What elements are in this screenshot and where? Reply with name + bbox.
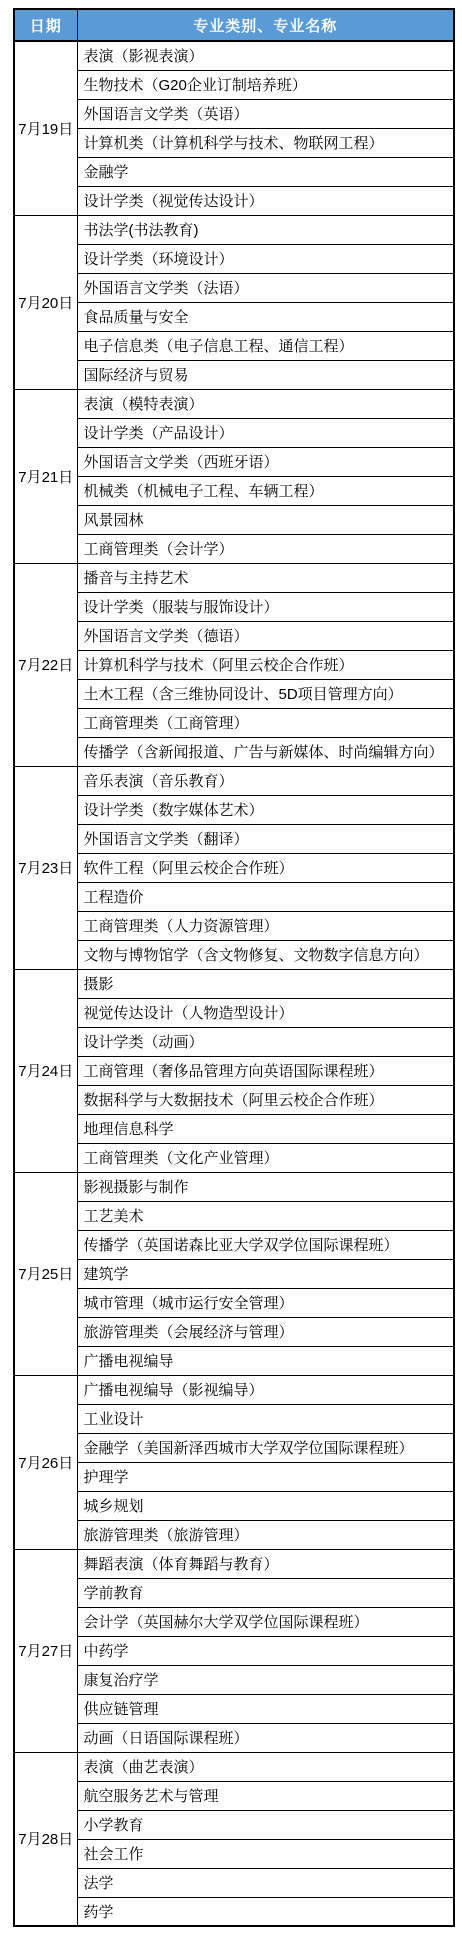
major-cell: 表演（曲艺表演）: [77, 1752, 454, 1781]
table-row: 外国语言文学类（英语）: [14, 99, 454, 128]
major-cell: 工商管理类（人力资源管理）: [77, 911, 454, 940]
table-row: 地理信息科学: [14, 1114, 454, 1143]
major-cell: 表演（模特表演）: [77, 389, 454, 418]
major-cell: 工程造价: [77, 882, 454, 911]
table-row: 7月19日表演（影视表演）: [14, 41, 454, 70]
table-row: 传播学（含新闻报道、广告与新媒体、时尚编辑方向）: [14, 737, 454, 766]
major-cell: 计算机类（计算机科学与技术、物联网工程）: [77, 128, 454, 157]
major-cell: 播音与主持艺术: [77, 563, 454, 592]
major-cell: 外国语言文学类（英语）: [77, 99, 454, 128]
table-row: 中药学: [14, 1636, 454, 1665]
major-cell: 设计学类（动画）: [77, 1027, 454, 1056]
table-row: 外国语言文学类（法语）: [14, 273, 454, 302]
date-cell: 7月22日: [14, 563, 77, 766]
major-cell: 社会工作: [77, 1839, 454, 1868]
table-row: 航空服务艺术与管理: [14, 1781, 454, 1810]
major-cell: 书法学(书法教育): [77, 215, 454, 244]
major-cell: 航空服务艺术与管理: [77, 1781, 454, 1810]
major-cell: 学前教育: [77, 1578, 454, 1607]
major-cell: 设计学类（数字媒体艺术）: [77, 795, 454, 824]
date-cell: 7月26日: [14, 1375, 77, 1549]
table-row: 数据科学与大数据技术（阿里云校企合作班）: [14, 1085, 454, 1114]
major-cell: 电子信息类（电子信息工程、通信工程）: [77, 331, 454, 360]
table-row: 护理学: [14, 1462, 454, 1491]
table-row: 文物与博物馆学（含文物修复、文物数字信息方向）: [14, 940, 454, 969]
table-row: 7月25日影视摄影与制作: [14, 1172, 454, 1201]
table-row: 工商管理类（工商管理）: [14, 708, 454, 737]
table-row: 7月28日表演（曲艺表演）: [14, 1752, 454, 1781]
major-cell: 工艺美术: [77, 1201, 454, 1230]
header-date: 日期: [14, 9, 77, 41]
table-row: 土木工程（含三维协同设计、5D项目管理方向）: [14, 679, 454, 708]
header-majors: 专业类别、专业名称: [77, 9, 454, 41]
major-cell: 计算机科学与技术（阿里云校企合作班）: [77, 650, 454, 679]
table-row: 动画（日语国际课程班）: [14, 1723, 454, 1752]
date-cell: 7月19日: [14, 41, 77, 215]
table-row: 工业设计: [14, 1404, 454, 1433]
major-cell: 金融学: [77, 157, 454, 186]
major-cell: 软件工程（阿里云校企合作班）: [77, 853, 454, 882]
table-row: 工商管理类（人力资源管理）: [14, 911, 454, 940]
table-row: 设计学类（动画）: [14, 1027, 454, 1056]
date-cell: 7月21日: [14, 389, 77, 563]
table-row: 7月20日书法学(书法教育): [14, 215, 454, 244]
major-cell: 康复治疗学: [77, 1665, 454, 1694]
table-row: 旅游管理类（旅游管理）: [14, 1520, 454, 1549]
table-row: 7月24日摄影: [14, 969, 454, 998]
major-cell: 传播学（英国诺森比亚大学双学位国际课程班）: [77, 1230, 454, 1259]
major-cell: 生物技术（G20企业订制培养班）: [77, 70, 454, 99]
major-cell: 视觉传达设计（人物造型设计）: [77, 998, 454, 1027]
table-row: 风景园林: [14, 505, 454, 534]
major-cell: 食品质量与安全: [77, 302, 454, 331]
major-cell: 土木工程（含三维协同设计、5D项目管理方向）: [77, 679, 454, 708]
table-row: 旅游管理类（会展经济与管理）: [14, 1317, 454, 1346]
schedule-body: 7月19日表演（影视表演）生物技术（G20企业订制培养班）外国语言文学类（英语）…: [14, 41, 454, 1926]
table-row: 设计学类（产品设计）: [14, 418, 454, 447]
table-row: 工艺美术: [14, 1201, 454, 1230]
table-row: 传播学（英国诺森比亚大学双学位国际课程班）: [14, 1230, 454, 1259]
table-row: 小学教育: [14, 1810, 454, 1839]
major-cell: 广播电视编导（影视编导）: [77, 1375, 454, 1404]
date-cell: 7月28日: [14, 1752, 77, 1926]
page: 日期 专业类别、专业名称 7月19日表演（影视表演）生物技术（G20企业订制培养…: [0, 0, 462, 1943]
table-row: 建筑学: [14, 1259, 454, 1288]
date-cell: 7月24日: [14, 969, 77, 1172]
table-row: 设计学类（服装与服饰设计）: [14, 592, 454, 621]
major-cell: 广播电视编导: [77, 1346, 454, 1375]
major-cell: 机械类（机械电子工程、车辆工程）: [77, 476, 454, 505]
major-cell: 建筑学: [77, 1259, 454, 1288]
major-cell: 旅游管理类（旅游管理）: [77, 1520, 454, 1549]
major-cell: 设计学类（服装与服饰设计）: [77, 592, 454, 621]
major-cell: 护理学: [77, 1462, 454, 1491]
table-row: 金融学: [14, 157, 454, 186]
table-row: 计算机科学与技术（阿里云校企合作班）: [14, 650, 454, 679]
table-header: 日期 专业类别、专业名称: [14, 9, 454, 41]
major-cell: 工商管理（奢侈品管理方向英语国际课程班）: [77, 1056, 454, 1085]
table-row: 7月23日音乐表演（音乐教育）: [14, 766, 454, 795]
header-row: 日期 专业类别、专业名称: [14, 9, 454, 41]
table-row: 外国语言文学类（翻译）: [14, 824, 454, 853]
major-cell: 中药学: [77, 1636, 454, 1665]
major-cell: 法学: [77, 1868, 454, 1897]
major-cell: 影视摄影与制作: [77, 1172, 454, 1201]
table-row: 城市管理（城市运行安全管理）: [14, 1288, 454, 1317]
major-cell: 设计学类（环境设计）: [77, 244, 454, 273]
major-cell: 国际经济与贸易: [77, 360, 454, 389]
table-row: 计算机类（计算机科学与技术、物联网工程）: [14, 128, 454, 157]
major-cell: 设计学类（视觉传达设计）: [77, 186, 454, 215]
table-row: 视觉传达设计（人物造型设计）: [14, 998, 454, 1027]
table-row: 外国语言文学类（西班牙语）: [14, 447, 454, 476]
major-cell: 舞蹈表演（体育舞蹈与教育）: [77, 1549, 454, 1578]
major-cell: 外国语言文学类（翻译）: [77, 824, 454, 853]
table-row: 电子信息类（电子信息工程、通信工程）: [14, 331, 454, 360]
table-row: 康复治疗学: [14, 1665, 454, 1694]
table-row: 7月27日舞蹈表演（体育舞蹈与教育）: [14, 1549, 454, 1578]
date-cell: 7月27日: [14, 1549, 77, 1752]
major-cell: 工商管理类（工商管理）: [77, 708, 454, 737]
table-row: 金融学（美国新泽西城市大学双学位国际课程班）: [14, 1433, 454, 1462]
major-cell: 城市管理（城市运行安全管理）: [77, 1288, 454, 1317]
major-cell: 城乡规划: [77, 1491, 454, 1520]
major-cell: 摄影: [77, 969, 454, 998]
table-row: 会计学（英国赫尔大学双学位国际课程班）: [14, 1607, 454, 1636]
major-cell: 外国语言文学类（德语）: [77, 621, 454, 650]
major-cell: 动画（日语国际课程班）: [77, 1723, 454, 1752]
major-cell: 风景园林: [77, 505, 454, 534]
table-row: 食品质量与安全: [14, 302, 454, 331]
table-row: 学前教育: [14, 1578, 454, 1607]
date-cell: 7月20日: [14, 215, 77, 389]
table-row: 7月26日广播电视编导（影视编导）: [14, 1375, 454, 1404]
table-row: 国际经济与贸易: [14, 360, 454, 389]
table-row: 工商管理类（文化产业管理）: [14, 1143, 454, 1172]
table-row: 7月22日播音与主持艺术: [14, 563, 454, 592]
table-row: 设计学类（环境设计）: [14, 244, 454, 273]
major-cell: 小学教育: [77, 1810, 454, 1839]
major-cell: 工业设计: [77, 1404, 454, 1433]
table-row: 机械类（机械电子工程、车辆工程）: [14, 476, 454, 505]
table-row: 城乡规划: [14, 1491, 454, 1520]
major-cell: 供应链管理: [77, 1694, 454, 1723]
major-cell: 地理信息科学: [77, 1114, 454, 1143]
major-cell: 设计学类（产品设计）: [77, 418, 454, 447]
date-cell: 7月23日: [14, 766, 77, 969]
major-cell: 金融学（美国新泽西城市大学双学位国际课程班）: [77, 1433, 454, 1462]
major-cell: 传播学（含新闻报道、广告与新媒体、时尚编辑方向）: [77, 737, 454, 766]
table-row: 设计学类（视觉传达设计）: [14, 186, 454, 215]
table-row: 工程造价: [14, 882, 454, 911]
major-cell: 旅游管理类（会展经济与管理）: [77, 1317, 454, 1346]
major-cell: 文物与博物馆学（含文物修复、文物数字信息方向）: [77, 940, 454, 969]
major-cell: 数据科学与大数据技术（阿里云校企合作班）: [77, 1085, 454, 1114]
major-cell: 工商管理类（会计学）: [77, 534, 454, 563]
table-row: 生物技术（G20企业订制培养班）: [14, 70, 454, 99]
table-row: 外国语言文学类（德语）: [14, 621, 454, 650]
major-cell: 工商管理类（文化产业管理）: [77, 1143, 454, 1172]
major-cell: 音乐表演（音乐教育）: [77, 766, 454, 795]
date-cell: 7月25日: [14, 1172, 77, 1375]
table-row: 软件工程（阿里云校企合作班）: [14, 853, 454, 882]
table-row: 供应链管理: [14, 1694, 454, 1723]
table-row: 法学: [14, 1868, 454, 1897]
table-row: 工商管理（奢侈品管理方向英语国际课程班）: [14, 1056, 454, 1085]
table-row: 7月21日表演（模特表演）: [14, 389, 454, 418]
major-cell: 会计学（英国赫尔大学双学位国际课程班）: [77, 1607, 454, 1636]
table-row: 工商管理类（会计学）: [14, 534, 454, 563]
major-cell: 表演（影视表演）: [77, 41, 454, 70]
major-cell: 药学: [77, 1897, 454, 1926]
table-row: 设计学类（数字媒体艺术）: [14, 795, 454, 824]
major-cell: 外国语言文学类（法语）: [77, 273, 454, 302]
table-row: 广播电视编导: [14, 1346, 454, 1375]
table-row: 药学: [14, 1897, 454, 1926]
exam-schedule-table: 日期 专业类别、专业名称 7月19日表演（影视表演）生物技术（G20企业订制培养…: [13, 8, 455, 1927]
major-cell: 外国语言文学类（西班牙语）: [77, 447, 454, 476]
table-row: 社会工作: [14, 1839, 454, 1868]
